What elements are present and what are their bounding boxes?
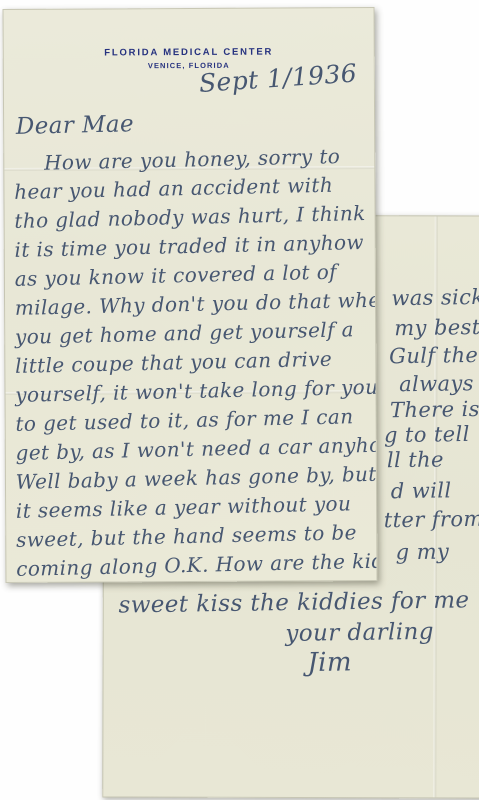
valediction: your darling [285,619,434,647]
page2-line-fragment: d will [391,478,452,503]
page2-line-fragment: was sick, [391,285,479,310]
closing-line: sweet kiss the kiddies for me [118,587,469,618]
page2-line-fragment: always [399,371,474,396]
letter-photo: was sick, my best Gulf the always There … [0,0,479,800]
letterhead-name: FLORIDA MEDICAL CENTER [4,46,374,59]
salutation: Dear Mae [16,111,135,140]
page2-line-fragment: ll the [387,447,444,472]
signature: Jim [307,647,352,678]
page2-line-fragment: There is [390,397,479,422]
page2-line-fragment: Gulf the [389,343,478,368]
page2-line-fragment: g my [395,539,449,564]
page2-line-fragment: my best [394,315,479,340]
page2-line-fragment: tter from [384,507,479,532]
page2-line-fragment: g to tell [384,422,470,447]
letter-page-1: FLORIDA MEDICAL CENTER VENICE, FLORIDA S… [2,7,377,583]
